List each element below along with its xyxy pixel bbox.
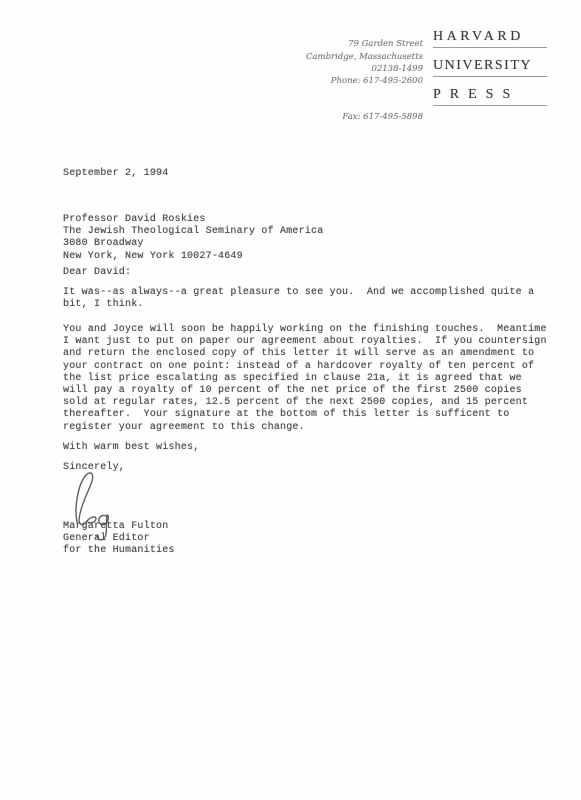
paragraph-1: It was--as always--a great pleasure to s…: [63, 287, 553, 311]
logo-rule: [433, 47, 547, 48]
scanned-letter-page: 79 Garden Street Cambridge, Massachusett…: [0, 0, 581, 800]
paragraph-2: You and Joyce will soon be happily worki…: [63, 324, 553, 434]
letter-date: September 2, 1994: [63, 168, 168, 180]
harvard-university-press-logo: HARVARD UNIVERSITY PRESS: [433, 27, 547, 114]
logo-word-harvard: HARVARD: [433, 27, 547, 47]
logo-word-press: PRESS: [433, 85, 547, 105]
signer-block: Margaretta Fulton General Editor for the…: [63, 521, 175, 558]
letterhead-address-block: 79 Garden Street Cambridge, Massachusett…: [306, 26, 423, 135]
recipient-address-block: Professor David Roskies The Jewish Theol…: [63, 214, 323, 263]
logo-rule: [433, 76, 547, 77]
letterhead-fax-line: Fax: 617-495-5898: [306, 111, 423, 123]
logo-rule: [433, 105, 547, 106]
letterhead-address-lines: 79 Garden Street Cambridge, Massachusett…: [306, 38, 423, 87]
logo-word-university: UNIVERSITY: [433, 56, 547, 76]
closing-line: With warm best wishes,: [63, 442, 199, 454]
salutation: Dear David:: [63, 267, 131, 279]
